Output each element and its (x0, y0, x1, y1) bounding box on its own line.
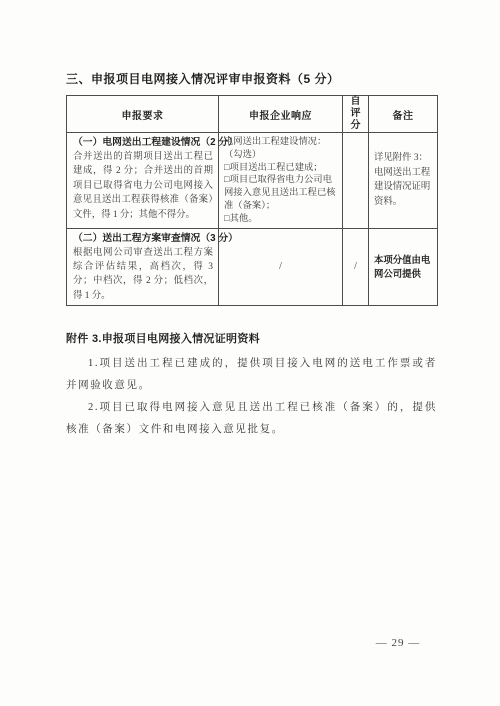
attachment-paragraph: 1.项目送出工程已建成的，提供项目接入电网的送电工作票或者并网验收意见。 (66, 353, 437, 396)
checkbox-option: □项目已取得省电力公司电网接入意见且送出工程已核准（备案）； (224, 174, 338, 212)
checkbox-option: □项目送出工程已建成； (224, 162, 338, 175)
requirement-cell: （二）送出工程方案审查情况（3 分） 根据电网公司审查送出工程方案综合评估结果，… (67, 228, 219, 306)
review-table: 申报要求 申报企业响应 自评分 备注 （一）电网送出工程建设情况（2 分） 合并… (66, 95, 438, 306)
self-score-label: 自评分 (351, 96, 361, 132)
requirement-title: （二）送出工程方案审查情况（3 分） (73, 232, 213, 246)
document-page: 三、申报项目电网接入情况评审申报资料（5 分） 申报要求 申报企业响应 自评分 … (0, 0, 500, 706)
response-intro: 电网送出工程建设情况：（勾选） (224, 136, 338, 162)
remark-cell: 详见附件 3：电网送出工程建设情况证明资料。 (369, 133, 438, 229)
response-cell: 电网送出工程建设情况：（勾选） □项目送出工程已建成； □项目已取得省电力公司电… (219, 133, 343, 229)
table-row: （二）送出工程方案审查情况（3 分） 根据电网公司审查送出工程方案综合评估结果，… (67, 228, 438, 306)
attachment-paragraph: 2.项目已取得电网接入意见且送出工程已核准（备案）的，提供核准（备案）文件和电网… (66, 397, 437, 440)
table-row: （一）电网送出工程建设情况（2 分） 合并送出的首期项目送出工程已建成，得 2 … (67, 133, 438, 229)
page-number: — 29 — (358, 637, 438, 649)
col-header-response: 申报企业响应 (219, 96, 343, 133)
self-score-cell: / (343, 228, 369, 306)
section-title: 三、申报项目电网接入情况评审申报资料（5 分） (66, 70, 437, 87)
col-header-self-score: 自评分 (343, 96, 369, 133)
attachment-heading: 附件 3.申报项目电网接入情况证明资料 (66, 330, 437, 346)
self-score-cell (343, 133, 369, 229)
requirement-body: 合并送出的首期项目送出工程已建成，得 2 分；合并送出的首期项目已取得省电力公司… (73, 150, 213, 222)
table-header-row: 申报要求 申报企业响应 自评分 备注 (67, 96, 438, 133)
checkbox-option: □其他。 (224, 213, 338, 226)
requirement-title: （一）电网送出工程建设情况（2 分） (73, 136, 213, 150)
col-header-requirement: 申报要求 (67, 96, 219, 133)
requirement-cell: （一）电网送出工程建设情况（2 分） 合并送出的首期项目送出工程已建成，得 2 … (67, 133, 219, 229)
page-content: 三、申报项目电网接入情况评审申报资料（5 分） 申报要求 申报企业响应 自评分 … (66, 70, 437, 440)
requirement-body: 根据电网公司审查送出工程方案综合评估结果，高档次，得 3 分；中档次，得 2 分… (73, 246, 213, 304)
attachment-section: 附件 3.申报项目电网接入情况证明资料 1.项目送出工程已建成的，提供项目接入电… (66, 330, 437, 440)
col-header-remark: 备注 (369, 96, 438, 133)
remark-cell: 本项分值由电网公司提供 (369, 228, 438, 306)
